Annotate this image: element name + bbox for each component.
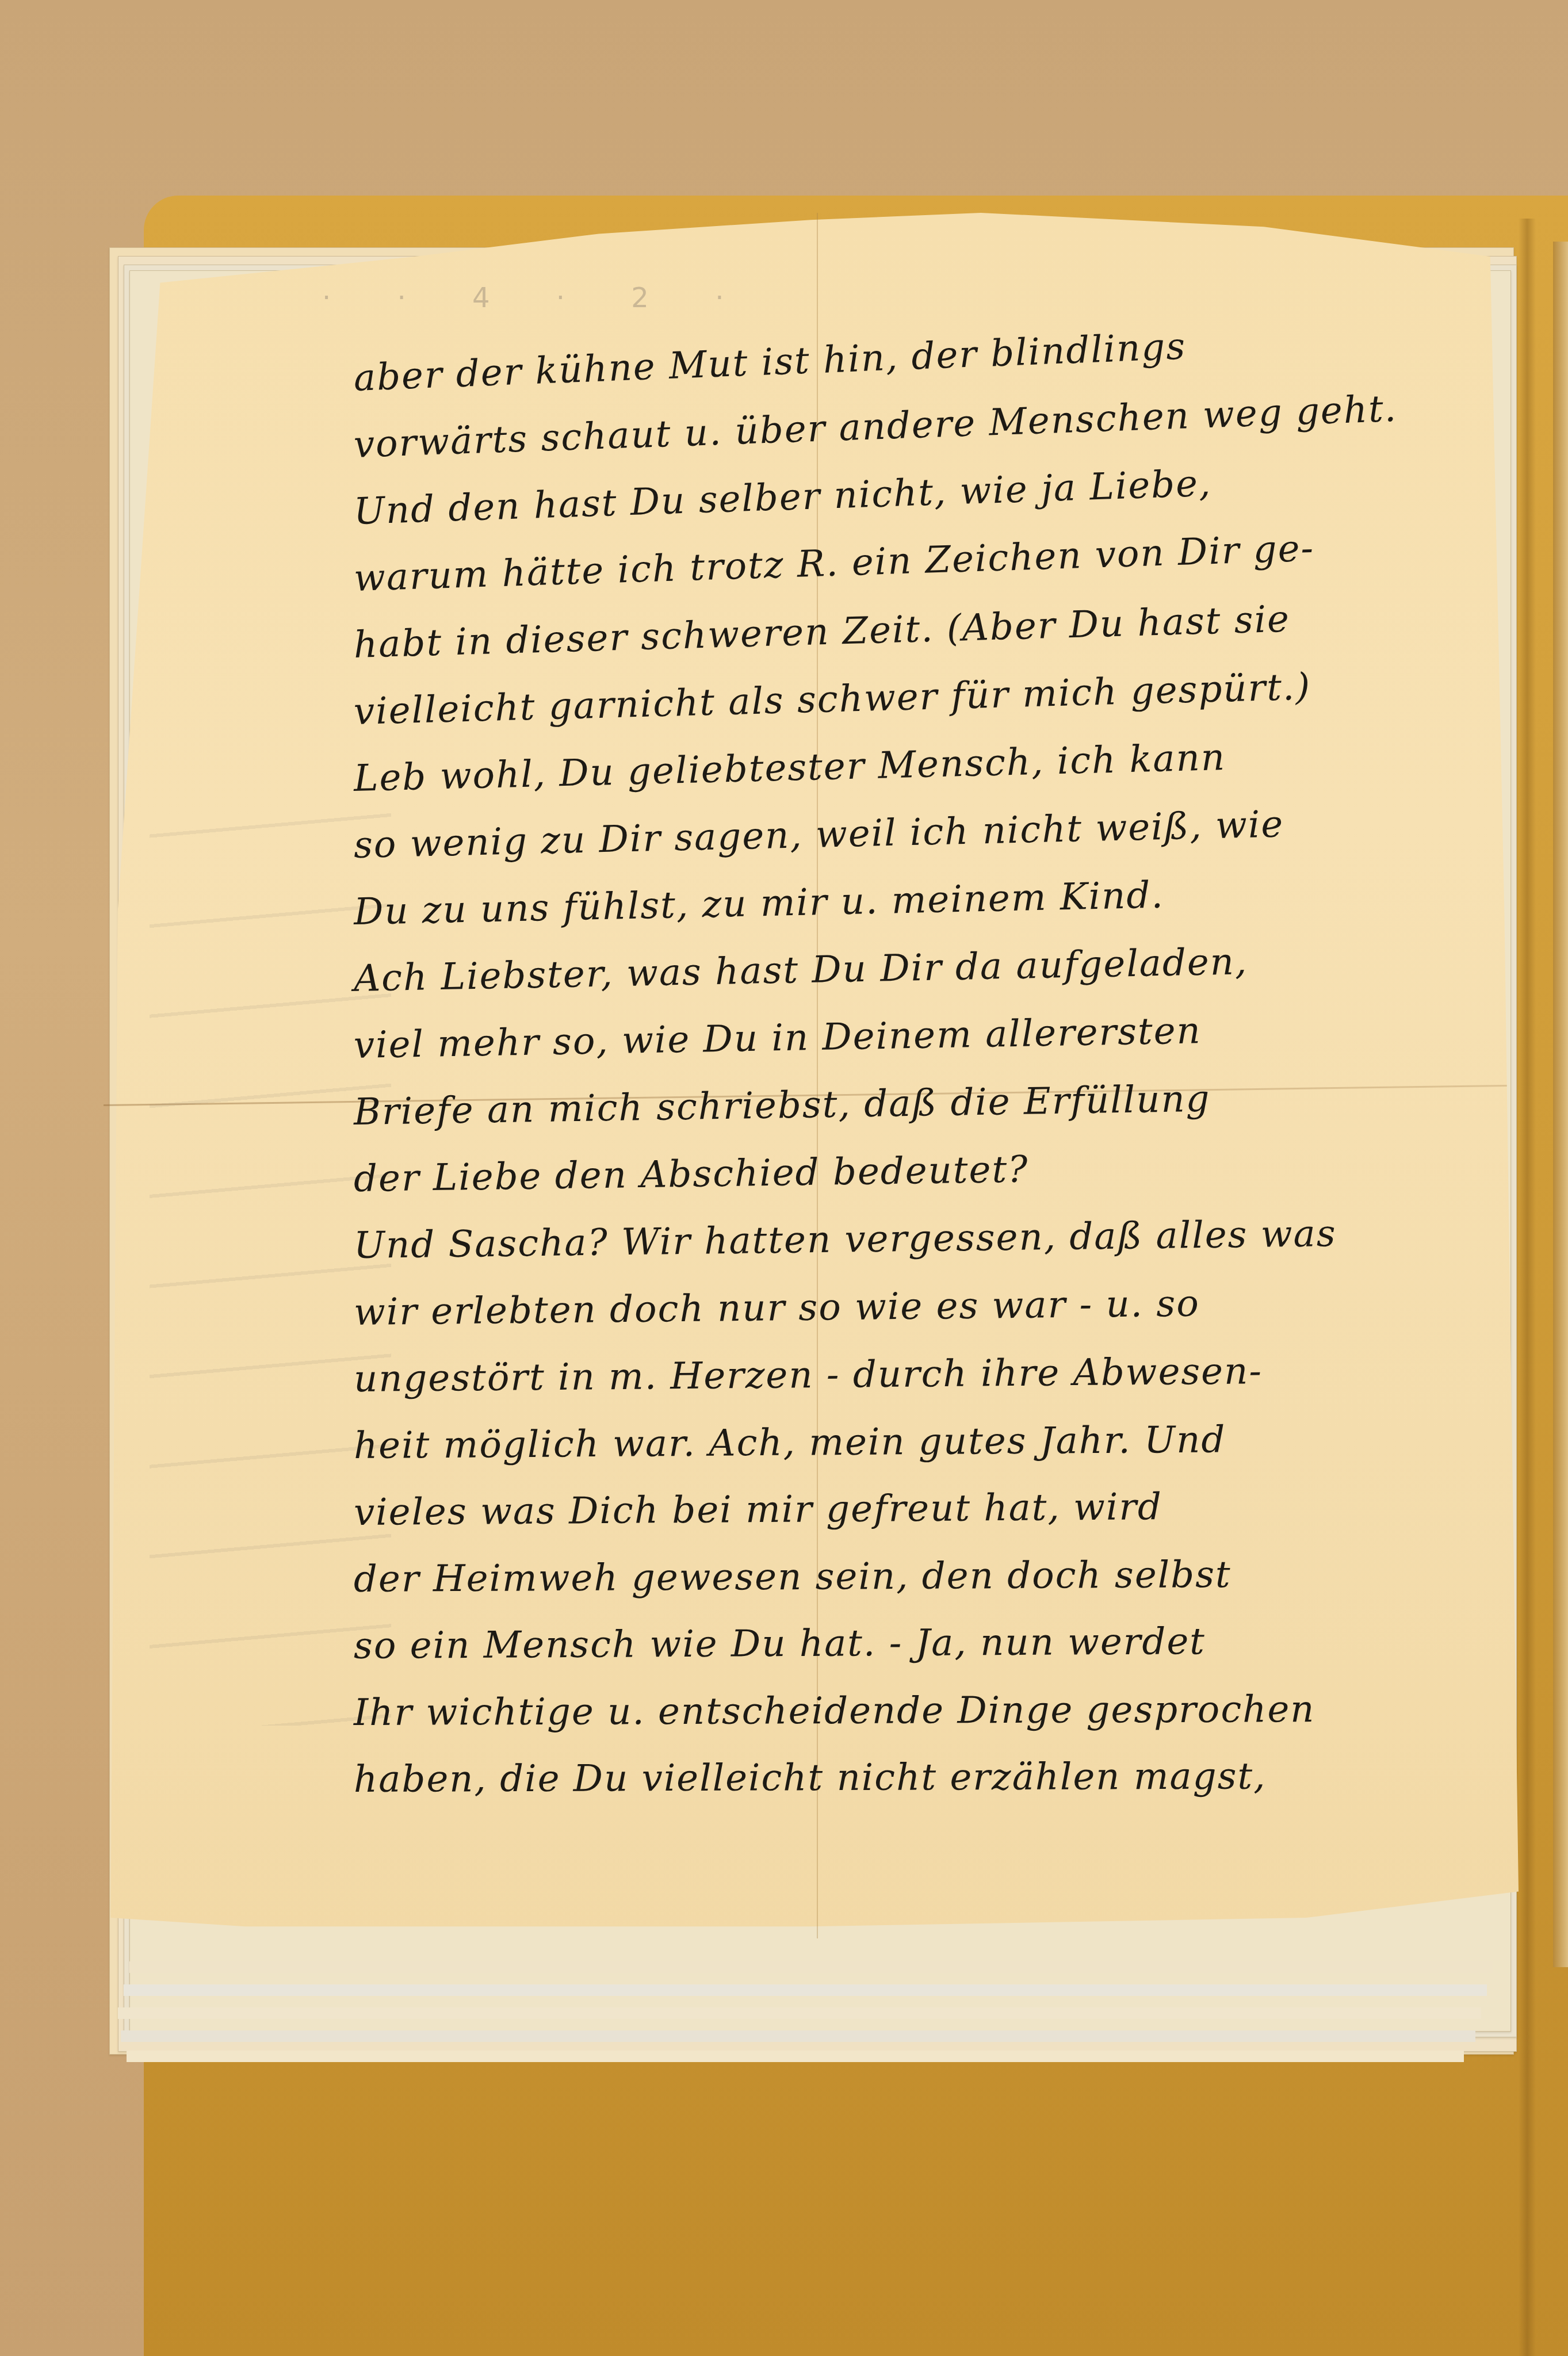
- letter-line: so ein Mensch wie Du hat. - Ja, nun werd…: [354, 1607, 1482, 1680]
- letter-line: vieles was Dich bei mir gefreut hat, wir…: [354, 1471, 1482, 1546]
- letter-line: Ihr wichtige u. entscheidende Dinge gesp…: [354, 1676, 1481, 1746]
- letter-text: aber der kühne Mut ist hin, der blindlin…: [354, 345, 1481, 1813]
- letter-line: ungestört in m. Herzen - durch ihre Abwe…: [353, 1336, 1481, 1413]
- pencil-annotation: · · 4 · 2 ·: [322, 282, 752, 314]
- adjacent-sheet-edge: [1553, 242, 1568, 1967]
- letter-line-with-underline: wir erlebten doch nur so wie es war - u.…: [353, 1267, 1481, 1346]
- letter-line: heit möglich war. Ach, mein gutes Jahr. …: [354, 1405, 1482, 1479]
- folder-crease: [1519, 219, 1536, 2356]
- letter-line: der Heimweh gewesen sein, den doch selbs…: [354, 1540, 1482, 1613]
- paper-stack-edges: [106, 1950, 1510, 2071]
- letter-line: haben, die Du vielleicht nicht erzählen …: [354, 1742, 1481, 1813]
- letter-line: Und Sascha? Wir hatten vergessen, daß al…: [353, 1199, 1481, 1279]
